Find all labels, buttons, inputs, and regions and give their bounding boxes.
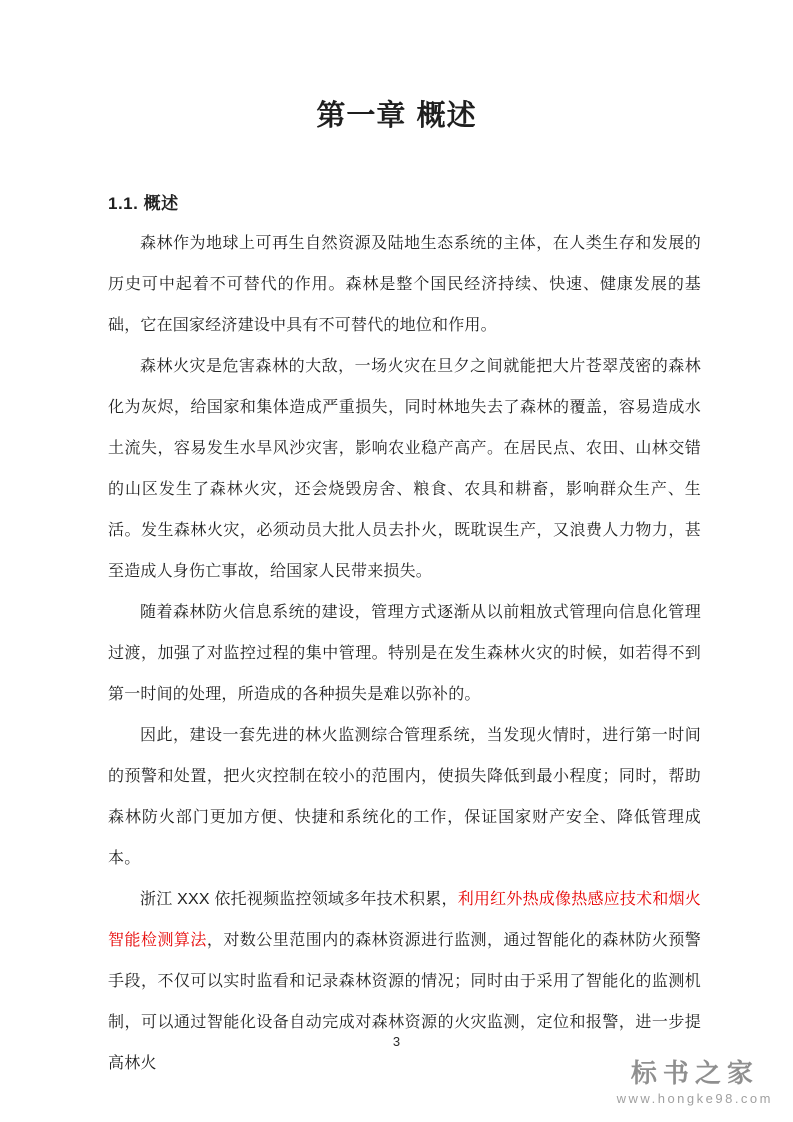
watermark: 标书之家 www.hongke98.com	[617, 1058, 773, 1106]
body-text: 森林作为地球上可再生自然资源及陆地生态系统的主体，在人类生存和发展的历史可中起着…	[108, 223, 701, 1084]
body-paragraph-with-highlight: 浙江 XXX 依托视频监控领域多年技术积累，利用红外热成像热感应技术和烟火智能检…	[108, 879, 701, 1084]
document-page: 第一章概述 1.1. 概述 森林作为地球上可再生自然资源及陆地生态系统的主体，在…	[0, 0, 793, 1122]
body-paragraph: 因此，建设一套先进的林火监测综合管理系统，当发现火情时，进行第一时间的预警和处置…	[108, 715, 701, 879]
body-paragraph: 森林作为地球上可再生自然资源及陆地生态系统的主体，在人类生存和发展的历史可中起着…	[108, 223, 701, 346]
watermark-logo: 标书之家	[617, 1058, 773, 1088]
chapter-number: 第一章	[316, 100, 406, 132]
watermark-url: www.hongke98.com	[617, 1091, 773, 1106]
paragraph-tail: ，对数公里范围内的森林资源进行监测，通过智能化的森林防火预警手段，不仅可以实时监…	[108, 932, 701, 1072]
page-number: 3	[0, 1034, 793, 1049]
paragraph-lead: 浙江 XXX 依托视频监控领域多年技术积累，	[140, 891, 458, 908]
section-heading: 1.1. 概述	[108, 192, 179, 216]
body-paragraph: 森林火灾是危害森林的大敌，一场火灾在旦夕之间就能把大片苍翠茂密的森林化为灰烬，给…	[108, 346, 701, 592]
body-paragraph: 随着森林防火信息系统的建设，管理方式逐渐从以前粗放式管理向信息化管理过渡，加强了…	[108, 592, 701, 715]
chapter-title: 第一章概述	[0, 96, 793, 136]
chapter-name: 概述	[417, 100, 477, 132]
